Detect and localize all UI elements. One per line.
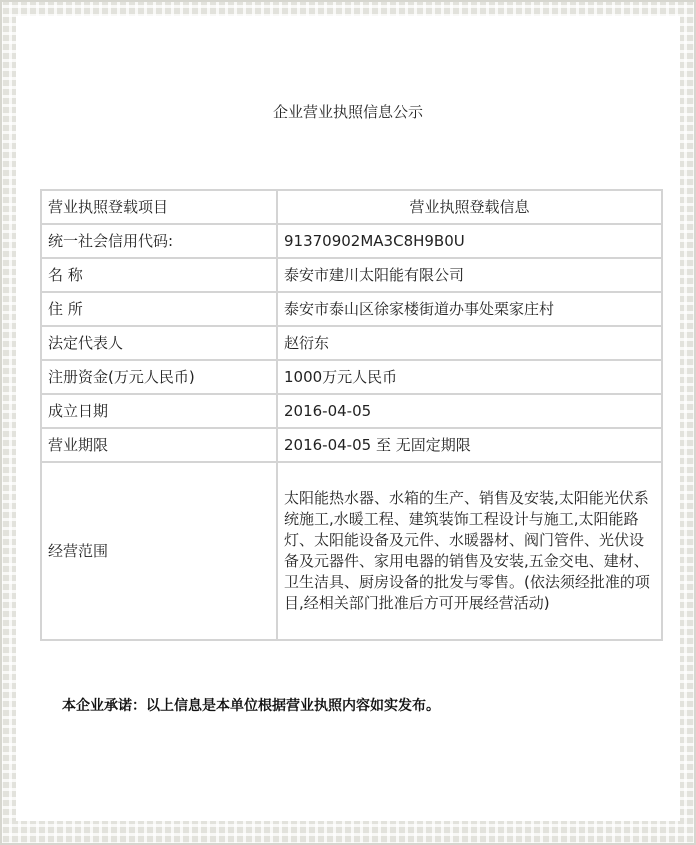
border-edge-top	[0, 0, 696, 2]
row-label: 住 所	[41, 292, 277, 326]
row-value: 2016-04-05	[277, 394, 662, 428]
table-header-row: 营业执照登载项目 营业执照登载信息	[41, 190, 662, 224]
row-value: 太阳能热水器、水箱的生产、销售及安装,太阳能光伏系统施工,水暖工程、建筑装饰工程…	[277, 462, 662, 640]
row-label: 注册资金(万元人民币)	[41, 360, 277, 394]
table-row-business-scope: 经营范围 太阳能热水器、水箱的生产、销售及安装,太阳能光伏系统施工,水暖工程、建…	[41, 462, 662, 640]
table-row-established: 成立日期 2016-04-05	[41, 394, 662, 428]
row-label: 名 称	[41, 258, 277, 292]
table-row-credit-code: 统一社会信用代码: 91370902MA3C8H9B0U	[41, 224, 662, 258]
row-value: 泰安市泰山区徐家楼街道办事处栗家庄村	[277, 292, 662, 326]
row-label: 成立日期	[41, 394, 277, 428]
table-row-term: 营业期限 2016-04-05 至 无固定期限	[41, 428, 662, 462]
row-value: 91370902MA3C8H9B0U	[277, 224, 662, 258]
row-value: 2016-04-05 至 无固定期限	[277, 428, 662, 462]
row-label: 营业期限	[41, 428, 277, 462]
table-row-legal-rep: 法定代表人 赵衍东	[41, 326, 662, 360]
row-label: 统一社会信用代码:	[41, 224, 277, 258]
header-item-column: 营业执照登载项目	[41, 190, 277, 224]
row-value: 1000万元人民币	[277, 360, 662, 394]
row-label: 法定代表人	[41, 326, 277, 360]
page-title: 企业营业执照信息公示	[0, 101, 696, 122]
row-value: 泰安市建川太阳能有限公司	[277, 258, 662, 292]
table-row-capital: 注册资金(万元人民币) 1000万元人民币	[41, 360, 662, 394]
row-value: 赵衍东	[277, 326, 662, 360]
row-label: 经营范围	[41, 462, 277, 640]
license-info-table: 营业执照登载项目 营业执照登载信息 统一社会信用代码: 91370902MA3C…	[40, 189, 663, 641]
border-edge-left	[0, 0, 2, 845]
header-info-column: 营业执照登载信息	[277, 190, 662, 224]
table-row-name: 名 称 泰安市建川太阳能有限公司	[41, 258, 662, 292]
table-row-address: 住 所 泰安市泰山区徐家楼街道办事处栗家庄村	[41, 292, 662, 326]
pledge-statement: 本企业承诺：以上信息是本单位根据营业执照内容如实发布。	[62, 695, 440, 715]
